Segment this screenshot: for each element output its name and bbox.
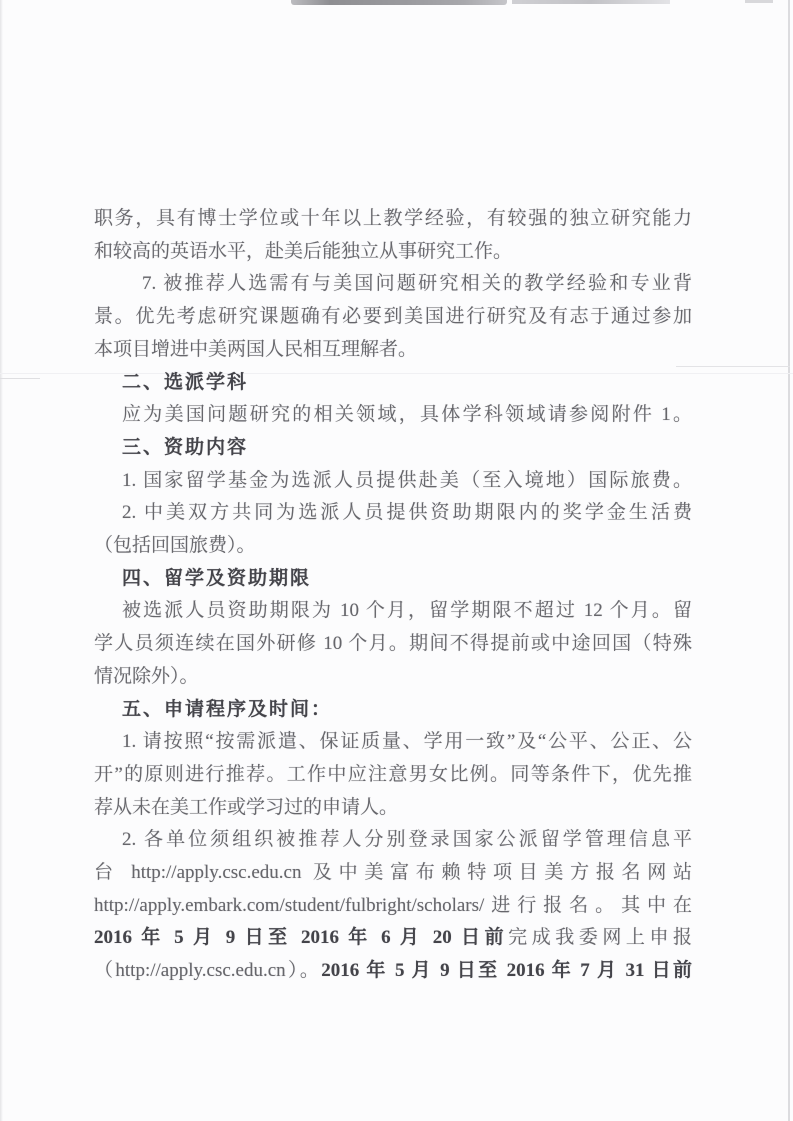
text-segment: 开”的原则进行推荐。工作中应注意男女比例。同等条件下，优先推: [94, 764, 692, 785]
heading-line: 五、申请程序及时间：: [94, 694, 692, 727]
text-block: 职务，具有博士学位或十年以上教学经验，有较强的独立研究能力和较高的英语水平，赴美…: [94, 203, 692, 988]
text-line: 应为美国问题研究的相关领域，具体学科领域请参阅附件 1。: [94, 399, 692, 432]
text-segment: （http://apply.csc.edu.cn）。: [94, 960, 321, 981]
scan-artifact-crease: [676, 366, 790, 367]
scan-artifact-right-edge: [788, 0, 790, 1121]
text-segment: 2. 各单位须组织被推荐人分别登录国家公派留学管理信息平: [122, 829, 692, 850]
text-segment: 景。优先考虑研究课题确有必要到美国进行研究及有志于通过参加: [94, 306, 692, 327]
text-segment: 2. 中美双方共同为选派人员提供资助期限内的奖学金生活费: [122, 502, 692, 523]
text-segment: （包括回国旅费）。: [94, 535, 256, 556]
text-line: 2. 各单位须组织被推荐人分别登录国家公派留学管理信息平: [94, 824, 692, 857]
text-segment: 7. 被推荐人选需有与美国问题研究相关的教学经验和专业背: [142, 273, 692, 294]
heading-line: 二、选派学科: [94, 367, 692, 400]
heading-line: 三、资助内容: [94, 432, 692, 465]
text-line: 开”的原则进行推荐。工作中应注意男女比例。同等条件下，优先推: [94, 759, 692, 792]
text-segment: 荐从未在美工作或学习过的申请人。: [94, 797, 398, 818]
text-segment: 1. 请按照“按需派遣、保证质量、学用一致”及“公平、公正、公: [122, 731, 692, 752]
text-line: 2016 年 5 月 9 日至 2016 年 6 月 20 日前完成我委网上申报: [94, 922, 692, 955]
text-segment: 应为美国问题研究的相关领域，具体学科领域请参阅附件 1。: [122, 404, 692, 425]
scan-artifact-top-streak: [512, 0, 670, 4]
text-line: 台 http://apply.csc.edu.cn 及中美富布赖特项目美方报名网…: [94, 857, 692, 890]
bold-text-segment: 三、资助内容: [122, 437, 248, 458]
bold-text-segment: 2016 年 5 月 9 日至 2016 年 6 月 20 日前: [94, 927, 508, 948]
text-segment: 职务，具有博士学位或十年以上教学经验，有较强的独立研究能力: [94, 208, 692, 229]
text-line: 荐从未在美工作或学习过的申请人。: [94, 792, 692, 825]
text-line: 1. 国家留学基金为选派人员提供赴美（至入境地）国际旅费。: [94, 465, 692, 498]
text-line: http://apply.embark.com/student/fulbrigh…: [94, 890, 692, 923]
text-segment: 被选派人员资助期限为 10 个月，留学期限不超过 12 个月。留: [122, 600, 692, 621]
scan-artifact-crease: [0, 378, 40, 379]
bold-text-segment: 四、留学及资助期限: [122, 568, 311, 589]
text-segment: 情况除外）。: [94, 666, 199, 687]
text-line: 2. 中美双方共同为选派人员提供资助期限内的奖学金生活费: [94, 497, 692, 530]
bold-text-segment: 2016 年 5 月 9 日至 2016 年 7 月 31 日前: [321, 960, 692, 981]
scan-artifact-left-edge: [0, 0, 3, 1121]
text-line: 被选派人员资助期限为 10 个月，留学期限不超过 12 个月。留: [94, 595, 692, 628]
text-segment: 和较高的英语水平，赴美后能独立从事研究工作。: [94, 241, 512, 262]
text-line: （http://apply.csc.edu.cn）。2016 年 5 月 9 日…: [94, 955, 692, 988]
text-segment: 学人员须连续在国外研修 10 个月。期间不得提前或中途回国（特殊: [94, 633, 692, 654]
bold-text-segment: 五、申请程序及时间：: [122, 699, 332, 720]
text-segment: 本项目增进中美两国人民相互理解者。: [94, 339, 417, 360]
text-line: 景。优先考虑研究课题确有必要到美国进行研究及有志于通过参加: [94, 301, 692, 334]
text-segment: 台 http://apply.csc.edu.cn 及中美富布赖特项目美方报名网…: [94, 862, 692, 883]
text-line: 情况除外）。: [94, 661, 692, 694]
text-segment: http://apply.embark.com/student/fulbrigh…: [94, 895, 692, 916]
scanned-page: 职务，具有博士学位或十年以上教学经验，有较强的独立研究能力和较高的英语水平，赴美…: [0, 0, 793, 1121]
text-line: 本项目增进中美两国人民相互理解者。: [94, 334, 692, 367]
text-line: 1. 请按照“按需派遣、保证质量、学用一致”及“公平、公正、公: [94, 726, 692, 759]
text-line: 学人员须连续在国外研修 10 个月。期间不得提前或中途回国（特殊: [94, 628, 692, 661]
heading-line: 四、留学及资助期限: [94, 563, 692, 596]
text-line: （包括回国旅费）。: [94, 530, 692, 563]
scan-artifact-top-streak: [745, 0, 773, 3]
text-line: 职务，具有博士学位或十年以上教学经验，有较强的独立研究能力: [94, 203, 692, 236]
scan-artifact-top-streak: [291, 0, 507, 5]
bold-text-segment: 二、选派学科: [122, 372, 248, 393]
text-segment: 1. 国家留学基金为选派人员提供赴美（至入境地）国际旅费。: [122, 470, 692, 491]
text-segment: 完成我委网上申报: [508, 927, 692, 948]
text-line: 和较高的英语水平，赴美后能独立从事研究工作。: [94, 236, 692, 269]
text-line: 7. 被推荐人选需有与美国问题研究相关的教学经验和专业背: [94, 268, 692, 301]
